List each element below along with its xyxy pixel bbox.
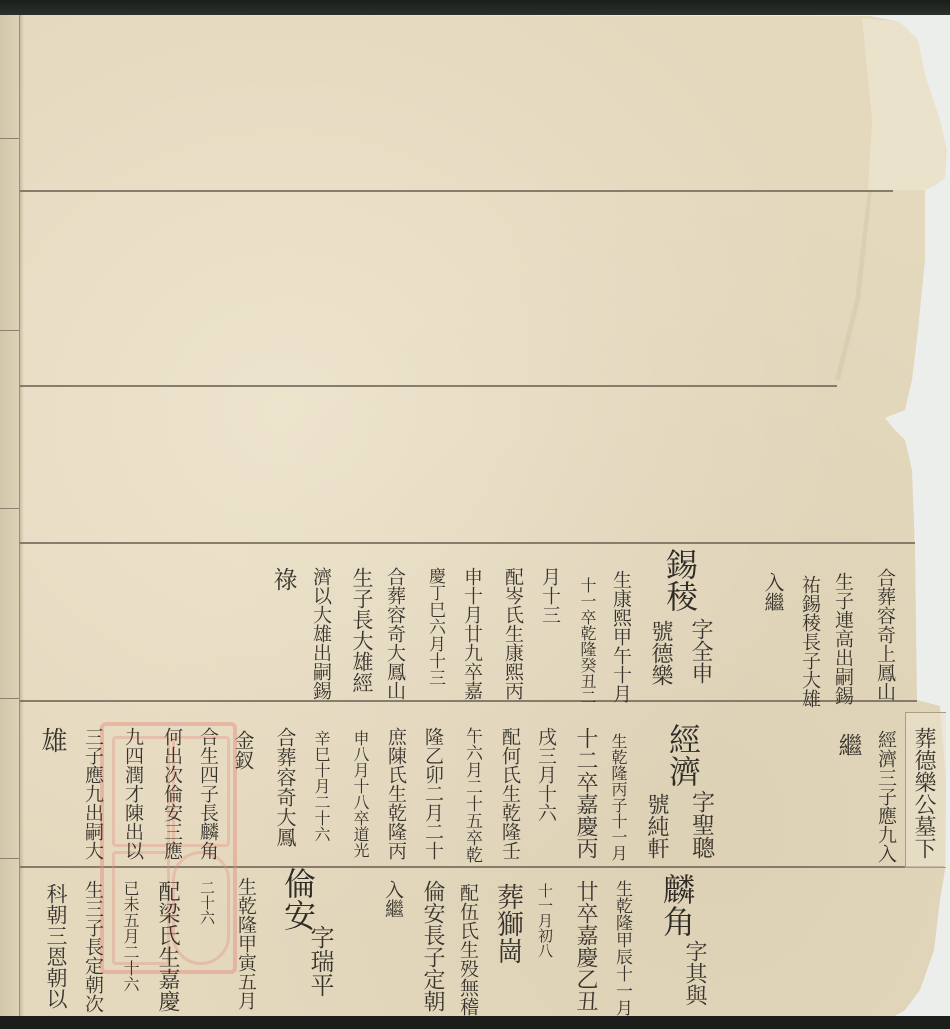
text-column: 生康熙甲午十月 — [611, 570, 630, 703]
courtesy-name: 字全申 — [689, 618, 711, 684]
text-column: 何出次倫安三應 — [162, 727, 181, 860]
text-column: 科朝三恩朝以 — [45, 883, 66, 1009]
ruled-line — [0, 698, 19, 699]
person-name: 經濟 — [667, 723, 699, 787]
text-column: 月十三 — [540, 567, 559, 624]
text-column: 隆乙卯二月二十 — [423, 727, 442, 860]
text-column: 合生四子長麟角 — [198, 727, 217, 860]
text-column: 申十月廿九卒嘉 — [462, 567, 481, 700]
ruled-line — [0, 138, 19, 139]
text-column: 經濟三子應九入 — [876, 730, 895, 863]
person-name: 倫安 — [282, 867, 314, 931]
text-column: 合葬容奇大鳳 — [275, 727, 295, 847]
text-column: 生乾隆甲辰十一月 — [613, 880, 630, 1016]
text-column: 合葬容奇上鳳山 — [875, 568, 894, 701]
text-column: 倫安長子定朝 — [421, 880, 443, 1012]
ruled-line — [20, 190, 893, 192]
text-column: 廿卒嘉慶乙丑 — [574, 880, 596, 1012]
text-column: 入繼 — [763, 572, 783, 612]
alias-name: 號德樂 — [649, 620, 671, 686]
text-column: 濟以大雄出嗣錫 — [311, 567, 330, 700]
text-column: 配何氏生乾隆壬 — [500, 727, 519, 860]
courtesy-name: 字瑞平 — [308, 925, 332, 997]
text-column: 配梁氏生嘉慶 — [156, 880, 178, 1012]
text-column: 九四潤才陳出以 — [123, 727, 142, 860]
text-column: 繼 — [836, 733, 860, 757]
text-column: 祿 — [271, 567, 295, 591]
text-column: 配岑氏生康熙丙 — [503, 567, 522, 700]
text-column: 金釵 — [233, 730, 253, 770]
text-column: 慶丁巳六月十三 — [426, 567, 443, 686]
text-column: 生乾隆甲寅五月 — [236, 877, 255, 1010]
courtesy-name: 字其與 — [683, 940, 705, 1006]
text-column: 祐錫稜長子大雄 — [800, 575, 819, 708]
text-column: 申八月十八卒道光 — [352, 730, 368, 858]
text-column: 生乾隆丙子十一月 — [610, 733, 626, 861]
scanner-bottom-edge — [0, 1016, 950, 1029]
scanner-top-edge — [0, 0, 950, 15]
text-column: 生子長大雄經 — [351, 567, 372, 693]
alias-name: 號純軒 — [645, 793, 667, 859]
ruled-line — [20, 542, 915, 544]
ruled-line — [0, 330, 19, 331]
ruled-line — [20, 385, 837, 387]
person-name: 錫稜 — [664, 548, 696, 612]
pasted-slip-text: 葬德樂公墓下 — [912, 727, 934, 859]
text-column: 雄 — [39, 727, 65, 753]
text-column: 配伍氏生殁無稽 — [458, 883, 477, 1016]
courtesy-name: 字聖聰 — [689, 790, 712, 859]
person-name: 麟角 — [661, 873, 693, 937]
adjacent-page-edge — [0, 15, 20, 1016]
ruled-line — [0, 858, 19, 859]
text-column: 葬獅崗 — [494, 883, 521, 964]
text-column: 十一月初八 — [537, 883, 552, 958]
ruled-line — [20, 700, 917, 702]
text-column: 生子連高出嗣錫 — [833, 572, 852, 705]
text-column: 合葬容奇大鳳山 — [385, 567, 404, 700]
text-column: 三子應九出嗣大 — [83, 727, 102, 860]
text-column: 已未五月二十六 — [122, 880, 138, 992]
text-column: 庶陳氏生乾隆丙 — [386, 727, 405, 860]
text-column: 生三子長定朝次 — [83, 880, 102, 1013]
ruled-line — [0, 508, 19, 509]
text-column: 十一卒乾隆癸丑二 — [579, 577, 595, 705]
text-column: 二十六 — [199, 880, 214, 925]
text-column: 戌三月十六 — [536, 727, 555, 822]
text-column: 十二卒嘉慶丙 — [574, 727, 596, 859]
text-column: 午六月二十五卒乾 — [463, 727, 480, 863]
text-column: 入繼 — [383, 880, 402, 918]
text-column: 辛巳十月二十六 — [313, 730, 329, 842]
